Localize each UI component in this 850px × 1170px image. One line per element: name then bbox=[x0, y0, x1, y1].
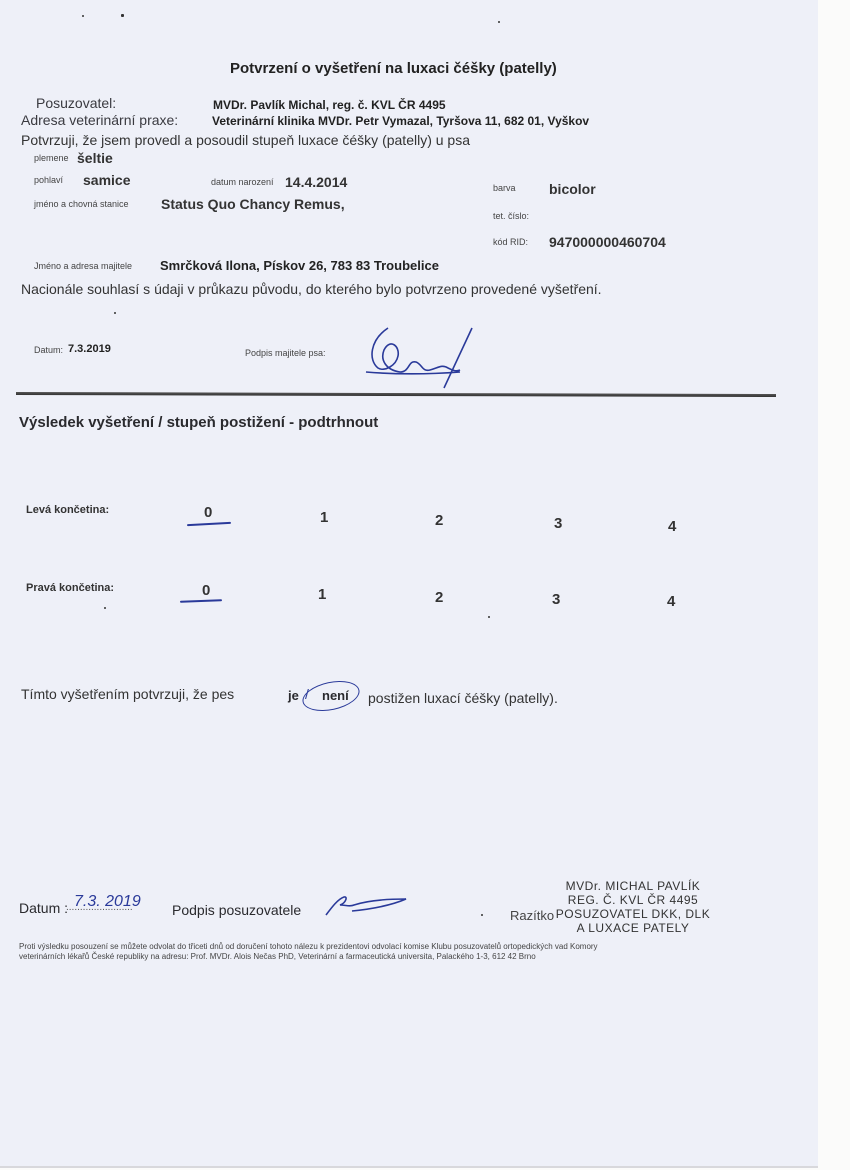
footnote-line-1: Proti výsledku posouzení se můžete odvol… bbox=[19, 942, 598, 952]
stamp-line: MVDr. MICHAL PAVLÍK bbox=[548, 879, 718, 893]
footer-date-label: Datum : bbox=[19, 900, 68, 916]
tattoo-label: tet. číslo: bbox=[493, 211, 529, 221]
assessor-signature-icon bbox=[322, 893, 412, 917]
practice-value: Veterinární klinika MVDr. Petr Vymazal, … bbox=[212, 114, 589, 128]
birth-value: 14.4.2014 bbox=[285, 174, 347, 190]
rid-label: kód RID: bbox=[493, 237, 528, 247]
result-heading: Výsledek vyšetření / stupeň postižení - … bbox=[19, 414, 378, 431]
speck bbox=[498, 21, 500, 23]
right-grade-1[interactable]: 1 bbox=[318, 586, 326, 603]
assessor-label: Posuzovatel: bbox=[36, 95, 116, 111]
name-label: jméno a chovná stanice bbox=[34, 199, 129, 209]
practice-label: Adresa veterinární praxe: bbox=[21, 112, 178, 128]
statement-suffix: postižen luxací čéšky (patelly). bbox=[368, 690, 558, 706]
breed-value: šeltie bbox=[77, 150, 113, 166]
owner-date-label: Datum: bbox=[34, 345, 63, 355]
right-limb-label: Pravá končetina: bbox=[26, 582, 114, 594]
owner-signature-label: Podpis majitele psa: bbox=[245, 348, 326, 358]
section-divider bbox=[16, 392, 776, 397]
left-grade-1[interactable]: 1 bbox=[320, 509, 328, 526]
sex-value: samice bbox=[83, 172, 130, 188]
assessor-stamp: MVDr. MICHAL PAVLÍK REG. Č. KVL ČR 4495 … bbox=[548, 879, 718, 935]
right-grade-0[interactable]: 0 bbox=[202, 582, 210, 599]
option-yes[interactable]: je bbox=[288, 688, 299, 703]
intro-text: Potvrzuji, že jsem provedl a posoudil st… bbox=[21, 132, 470, 148]
option-no-circle-mark bbox=[300, 676, 363, 715]
speck bbox=[481, 914, 483, 916]
speck bbox=[121, 14, 124, 17]
owner-label: Jméno a adresa majitele bbox=[34, 261, 132, 271]
speck bbox=[104, 607, 106, 609]
speck bbox=[114, 312, 116, 314]
stamp-line: A LUXACE PATELY bbox=[548, 921, 718, 935]
assessor-value: MVDr. Pavlík Michal, reg. č. KVL ČR 4495 bbox=[213, 98, 446, 112]
breed-label: plemene bbox=[34, 153, 69, 163]
stamp-line: POSUZOVATEL DKK, DLK bbox=[548, 907, 718, 921]
owner-signature-icon bbox=[360, 320, 500, 390]
statement-prefix: Tímto vyšetřením potvrzuji, že pes bbox=[21, 686, 234, 702]
left-grade-underline bbox=[187, 522, 231, 526]
consent-text: Nacionále souhlasí s údaji v průkazu pův… bbox=[21, 281, 602, 297]
left-grade-4[interactable]: 4 bbox=[668, 518, 676, 535]
left-grade-3[interactable]: 3 bbox=[554, 515, 562, 532]
right-grade-underline bbox=[180, 599, 222, 602]
color-label: barva bbox=[493, 183, 516, 193]
stamp-line: REG. Č. KVL ČR 4495 bbox=[548, 893, 718, 907]
color-value: bicolor bbox=[549, 181, 596, 197]
birth-label: datum narození bbox=[211, 177, 274, 187]
footer-date-handwritten: 7.3. 2019 bbox=[74, 893, 141, 911]
name-value: Status Quo Chancy Remus, bbox=[161, 196, 345, 212]
left-limb-label: Levá končetina: bbox=[26, 504, 109, 516]
assessor-signature-label: Podpis posuzovatele bbox=[172, 902, 301, 918]
document-page: Potvrzení o vyšetření na luxaci čéšky (p… bbox=[0, 0, 818, 1168]
rid-value: 947000000460704 bbox=[549, 234, 666, 250]
owner-date-value: 7.3.2019 bbox=[68, 343, 111, 355]
owner-value: Smrčková Ilona, Pískov 26, 783 83 Troube… bbox=[160, 258, 439, 273]
document-title: Potvrzení o vyšetření na luxaci čéšky (p… bbox=[230, 60, 557, 77]
appeal-footnote: Proti výsledku posouzení se můžete odvol… bbox=[19, 942, 598, 962]
footnote-line-2: veterinárních lékařů České republiky na … bbox=[19, 952, 598, 962]
sex-label: pohlaví bbox=[34, 175, 63, 185]
speck bbox=[82, 15, 84, 17]
right-grade-3[interactable]: 3 bbox=[552, 591, 560, 608]
right-grade-4[interactable]: 4 bbox=[667, 593, 675, 610]
left-grade-0[interactable]: 0 bbox=[204, 504, 212, 521]
left-grade-2[interactable]: 2 bbox=[435, 512, 443, 529]
speck bbox=[488, 616, 490, 618]
right-grade-2[interactable]: 2 bbox=[435, 589, 443, 606]
